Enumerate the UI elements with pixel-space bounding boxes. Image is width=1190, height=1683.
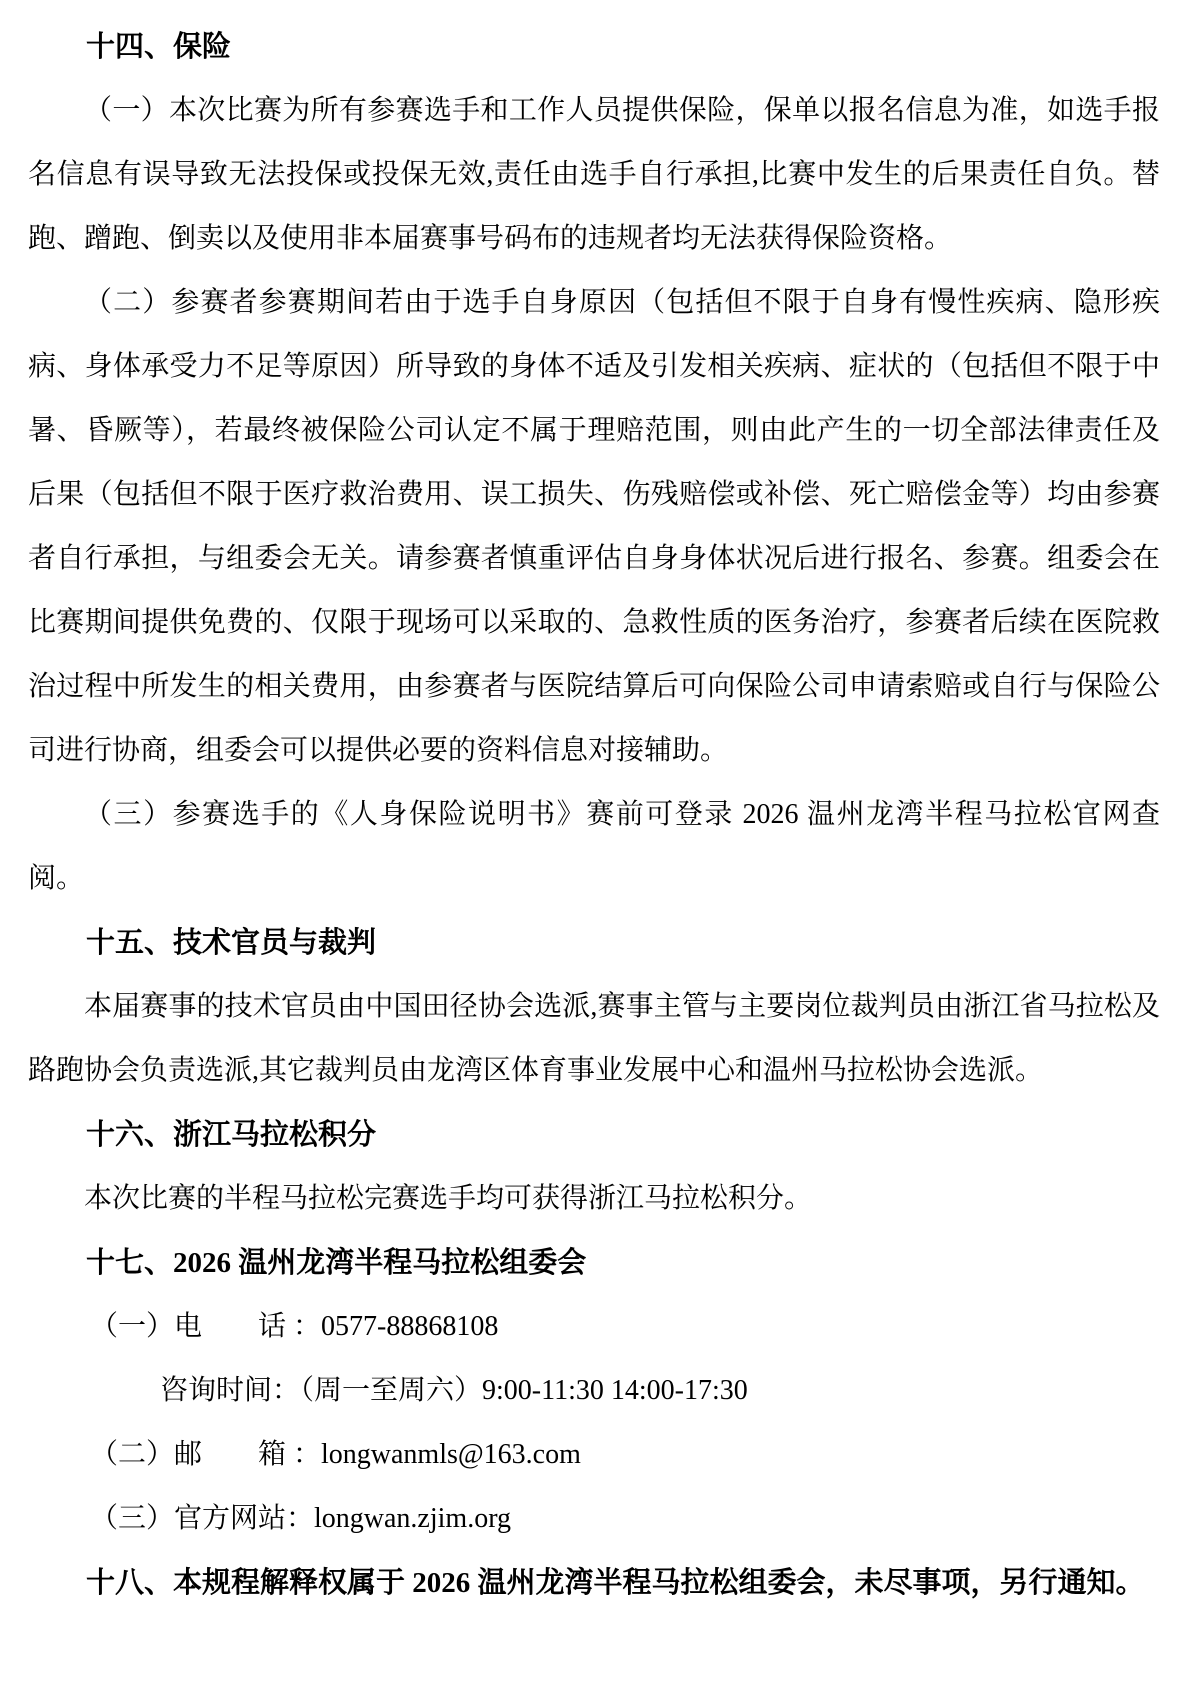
section-insurance: 十四、保险 （一）本次比赛为所有参赛选手和工作人员提供保险，保单以报名信息为准，…	[28, 15, 1160, 911]
contact-website-line: （三）官方网站：longwan.zjim.org	[28, 1487, 1160, 1551]
document-page: 十四、保险 （一）本次比赛为所有参赛选手和工作人员提供保险，保单以报名信息为准，…	[0, 0, 1190, 1683]
insurance-paragraph-1: （一）本次比赛为所有参赛选手和工作人员提供保险，保单以报名信息为准，如选手报名信…	[28, 79, 1160, 271]
closing-statement: 十八、本规程解释权属于 2026 温州龙湾半程马拉松组委会，未尽事项，另行通知。	[28, 1551, 1160, 1615]
insurance-paragraph-2: （二）参赛者参赛期间若由于选手自身原因（包括但不限于自身有慢性疾病、隐形疾病、身…	[28, 271, 1160, 783]
contact-hours-line: 咨询时间：（周一至周六）9:00-11:30 14:00-17:30	[28, 1359, 1160, 1423]
section-insurance-heading: 十四、保险	[28, 15, 1160, 79]
section-committee-contact-heading: 十七、2026 温州龙湾半程马拉松组委会	[28, 1231, 1160, 1295]
section-officials: 十五、技术官员与裁判 本届赛事的技术官员由中国田径协会选派,赛事主管与主要岗位裁…	[28, 911, 1160, 1103]
section-marathon-points: 十六、浙江马拉松积分 本次比赛的半程马拉松完赛选手均可获得浙江马拉松积分。	[28, 1103, 1160, 1231]
section-marathon-points-heading: 十六、浙江马拉松积分	[28, 1103, 1160, 1167]
insurance-paragraph-3: （三）参赛选手的《人身保险说明书》赛前可登录 2026 温州龙湾半程马拉松官网查…	[28, 783, 1160, 911]
contact-phone-line: （一）电 话 ：0577-88868108	[28, 1295, 1160, 1359]
section-committee-contact: 十七、2026 温州龙湾半程马拉松组委会 （一）电 话 ：0577-888681…	[28, 1231, 1160, 1551]
officials-paragraph: 本届赛事的技术官员由中国田径协会选派,赛事主管与主要岗位裁判员由浙江省马拉松及路…	[28, 975, 1160, 1103]
marathon-points-paragraph: 本次比赛的半程马拉松完赛选手均可获得浙江马拉松积分。	[28, 1167, 1160, 1231]
contact-email-line: （二）邮 箱 ：longwanmls@163.com	[28, 1423, 1160, 1487]
section-officials-heading: 十五、技术官员与裁判	[28, 911, 1160, 975]
